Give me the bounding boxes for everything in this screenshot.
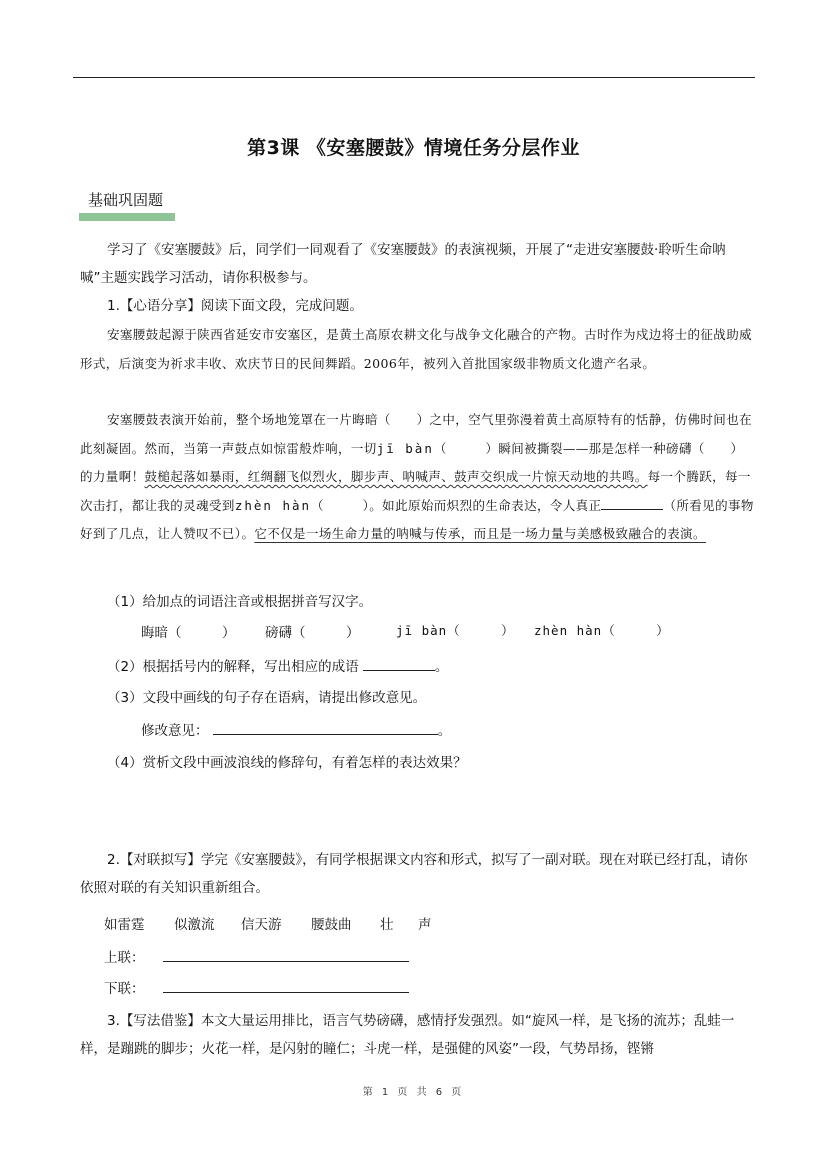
sub3-label: 修改意见： <box>141 723 209 739</box>
passage-text-d: （ ）。如此原始而炽烈的生命表达，令人真正 <box>311 498 601 513</box>
sub3-answer-line[interactable] <box>213 722 438 735</box>
couplet-word-2: 似激流 <box>174 913 215 933</box>
lower-couplet: 下联： <box>104 977 409 997</box>
idiom-blank[interactable] <box>601 495 663 510</box>
sub1-item-zhenhan[interactable]: zhèn hàn（ ） <box>534 621 670 639</box>
wavy-underlined-sentence: 鼓槌起落如暴雨，红绸翻飞似烈火，脚步声、呐喊声、鼓声交织成一片惊天动地的共鸣。 <box>145 469 648 484</box>
sub-question-4: （4）赏析文段中画波浪线的修辞句，有着怎样的表达效果？ <box>107 751 467 771</box>
pinyin-jiban: jī bàn <box>377 441 434 456</box>
sub-question-1: （1）给加点的词语注音或根据拼音写汉字。 <box>107 590 372 610</box>
underlined-sentence: 它不仅是一场生命力量的呐喊与传承，而且是一场力量与美感极致融合的表演。 <box>254 526 706 541</box>
lower-couplet-line[interactable] <box>163 980 409 993</box>
pinyin-zhenhan: zhèn hàn <box>235 498 311 513</box>
lower-couplet-label: 下联： <box>104 981 145 997</box>
intro-paragraph: 学习了《安塞腰鼓》后，同学们一同观看了《安塞腰鼓》的表演视频，开展了“走进安塞腰… <box>80 236 756 292</box>
upper-couplet: 上联： <box>104 946 409 966</box>
header-rule <box>73 77 755 78</box>
sub2-end: 。 <box>435 659 449 675</box>
passage-paragraph-1: 安塞腰鼓起源于陕西省延安市安塞区，是黄土高原农耕文化与战争文化融合的产物。古时作… <box>80 321 756 378</box>
sub3-end: 。 <box>438 723 452 739</box>
upper-couplet-label: 上联： <box>104 950 145 966</box>
sub1-item-pangbo[interactable]: 磅礴（ ） <box>265 621 360 641</box>
couplet-word-4: 腰鼓曲 <box>311 913 352 933</box>
sub-question-2: （2）根据括号内的解释，写出相应的成语 。 <box>107 655 448 675</box>
sub3-answer: 修改意见： 。 <box>141 719 451 739</box>
q1-heading: 1.【心语分享】阅读下面文段，完成问题。 <box>80 292 756 320</box>
couplet-word-1: 如雷霆 <box>104 913 145 933</box>
couplet-word-5: 壮 <box>380 913 394 933</box>
section-heading-bar <box>79 213 175 221</box>
sub-question-3: （3）文段中画线的句子存在语病，请提出修改意见。 <box>107 686 426 706</box>
sub1-item-huian[interactable]: 晦暗（ ） <box>141 621 236 641</box>
couplet-word-3: 信天游 <box>241 913 282 933</box>
q2-heading: 2.【对联拟写】学完《安塞腰鼓》，有同学根据课文内容和形式，拟写了一副对联。现在… <box>80 846 756 902</box>
couplet-word-6: 声 <box>418 913 432 933</box>
section-heading: 基础巩固题 <box>88 189 163 210</box>
page-footer: 第 1 页 共 6 页 <box>0 1083 827 1098</box>
q3-heading: 3.【写法借鉴】本文大量运用排比，语言气势磅礴，感情抒发强烈。如“旋风一样，是飞… <box>80 1007 756 1063</box>
sub2-answer-line[interactable] <box>363 658 435 671</box>
passage-paragraph-2: 安塞腰鼓表演开始前，整个场地笼罩在一片晦暗（ ）之中，空气里弥漫着黄土高原特有的… <box>80 406 756 549</box>
page-title: 第3课 《安塞腰鼓》情境任务分层作业 <box>0 133 827 160</box>
sub1-item-jiban[interactable]: jī bàn（ ） <box>396 621 515 639</box>
upper-couplet-line[interactable] <box>163 949 409 962</box>
sub2-text: （2）根据括号内的解释，写出相应的成语 <box>107 659 359 675</box>
